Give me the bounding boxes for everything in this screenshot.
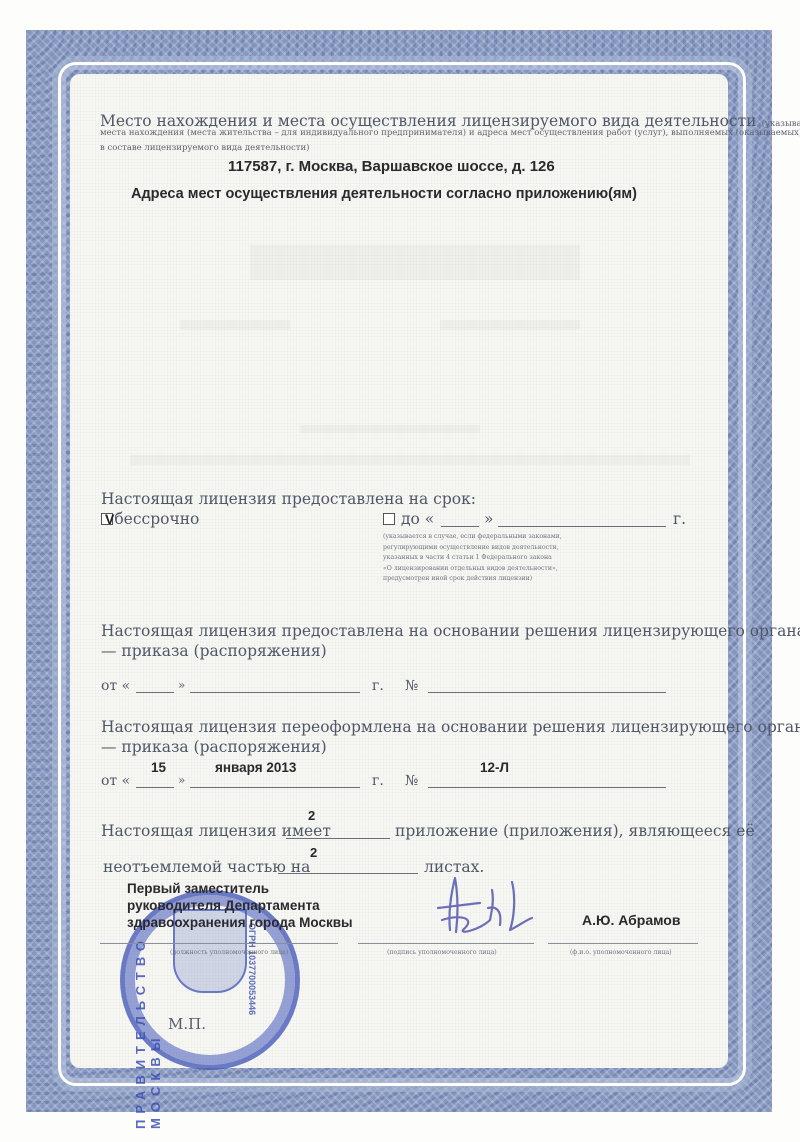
position-line: руководителя Департамента: [127, 897, 353, 914]
until-month-year-field[interactable]: [498, 526, 666, 527]
term-unlimited-option[interactable]: Vбессрочно: [101, 510, 199, 528]
term-until-label: до «: [401, 510, 434, 528]
note-line: «О лицензировании отдельных видов деятел…: [383, 564, 562, 575]
position-line: Первый заместитель: [127, 880, 353, 897]
show-through-ghost-text: [180, 320, 290, 330]
show-through-ghost-text: [440, 320, 580, 330]
year-suffix: г.: [372, 678, 384, 694]
stamp-ogrn: ОГРН 1037700053446: [247, 923, 257, 1015]
addresses-note: Адреса мест осуществления деятельности с…: [131, 186, 637, 202]
reissued-number-field[interactable]: [428, 787, 666, 788]
name-line-field: [548, 943, 698, 944]
appendix-line1-suffix: приложение (приложения), являющееся её: [395, 822, 755, 840]
reissued-order-number: 12-Л: [480, 760, 509, 775]
sheet-count: 2: [310, 845, 317, 860]
caption-signature: (подпись уполномоченного лица): [387, 948, 497, 959]
check-mark-icon: V: [105, 511, 114, 527]
location-note: места нахождения (места жительства – для…: [100, 128, 800, 138]
term-until-option[interactable]: до «: [383, 510, 434, 528]
reissued-month-year-field[interactable]: [190, 787, 360, 788]
number-label: №: [405, 773, 418, 789]
signature-line-field: [358, 943, 534, 944]
reissued-day: 15: [151, 760, 166, 775]
reissued-month-year: января 2013: [215, 760, 296, 775]
position-line-field: [100, 943, 338, 944]
signatory-position: Первый заместитель руководителя Департам…: [127, 880, 353, 931]
seal-place-label: М.П.: [168, 1015, 206, 1033]
until-day-field[interactable]: [441, 526, 479, 527]
show-through-ghost-text: [250, 245, 580, 280]
stamp-ring-text: ПРАВИТЕЛЬСТВО МОСКВЫ: [133, 935, 163, 1129]
granted-number-field[interactable]: [428, 692, 666, 693]
signatory-name: А.Ю. Абрамов: [582, 912, 680, 928]
note-line: (указывается в случае, если федеральными…: [383, 532, 562, 543]
year-suffix: г.: [372, 773, 384, 789]
granted-basis-line2: — приказа (распоряжения): [101, 642, 327, 660]
granted-month-year-field[interactable]: [190, 692, 360, 693]
handwritten-signature: [430, 870, 540, 940]
reissued-from-label: от «: [101, 773, 130, 789]
granted-basis-line1: Настоящая лицензия предоставлена на осно…: [101, 622, 800, 640]
location-note: в составе лицензируемого вида деятельнос…: [100, 143, 309, 153]
position-line: здравоохранения города Москвы: [127, 914, 353, 931]
quote-close: »: [178, 678, 185, 692]
quote-close: »: [178, 773, 185, 787]
note-line: предусмотрен иной срок действия лицензии…: [383, 574, 562, 585]
term-until-note: (указывается в случае, если федеральными…: [383, 532, 562, 585]
reissued-basis-line1: Настоящая лицензия переоформлена на осно…: [101, 718, 800, 736]
appendix-count-field[interactable]: [286, 838, 390, 839]
term-unlimited-label: бессрочно: [114, 510, 199, 528]
quote-close: »: [484, 510, 493, 528]
appendix-count: 2: [308, 808, 315, 823]
address: 117587, г. Москва, Варшавское шоссе, д. …: [228, 158, 555, 175]
checkbox-until[interactable]: [383, 513, 395, 525]
caption-position: (должность уполномоченного лица): [170, 948, 288, 959]
granted-day-field[interactable]: [136, 692, 174, 693]
reissued-day-field[interactable]: [136, 787, 174, 788]
caption-name: (ф.и.о. уполномоченного лица): [570, 948, 672, 959]
number-label: №: [405, 678, 418, 694]
show-through-ghost-text: [130, 455, 690, 465]
year-suffix: г.: [673, 510, 686, 528]
show-through-ghost-text: [300, 425, 480, 433]
granted-from-label: от «: [101, 678, 130, 694]
sheet-count-field[interactable]: [278, 873, 418, 874]
reissued-basis-line2: — приказа (распоряжения): [101, 738, 327, 756]
note-line: регулирующими осуществление видов деятел…: [383, 543, 562, 554]
term-heading: Настоящая лицензия предоставлена на срок…: [101, 490, 476, 508]
note-line: указанных в части 4 статьи 1 Федеральног…: [383, 553, 562, 564]
